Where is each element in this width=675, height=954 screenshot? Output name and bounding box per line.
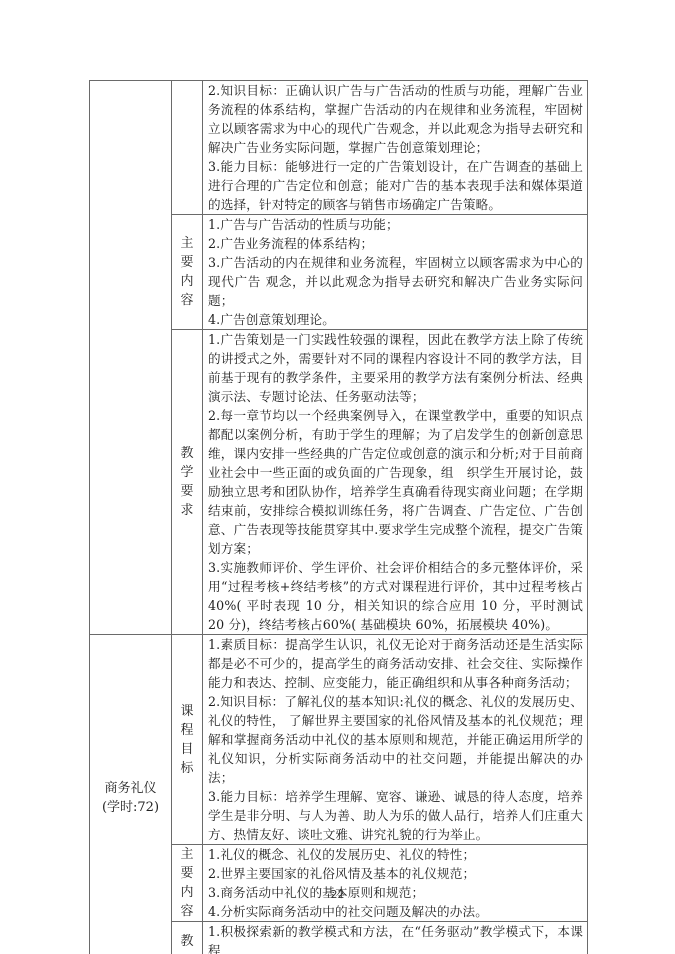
course-hours: (学时:72) (90, 798, 171, 817)
requirement-paragraph: 1.积极探索新的教学模式和方法，在“任务驱动”教学模式下，本课程 (208, 922, 583, 954)
course-name: 商务礼仪 (90, 779, 171, 798)
table-row: 商务礼仪 (学时:72) 课 程 目 标 1.素质目标：提高学生认识，礼仪无论对… (90, 635, 588, 845)
label-char: 求 (172, 501, 202, 520)
course-syllabus-table: 2.知识目标：正确认识广告与广告活动的性质与功能，理解广告业务流程的体系结构，掌… (89, 80, 588, 954)
label-char: 内 (172, 272, 202, 291)
section-label-teaching-requirements: 教 学 要 求 (172, 330, 203, 635)
label-char: 学 (172, 463, 202, 482)
content-item: 1.礼仪的概念、礼仪的发展历史、礼仪的特性； (208, 845, 583, 864)
content-item: 3.广告活动的内在规律和业务流程，牢固树立以顾客需求为中心的现代广告 观念，并以… (208, 253, 583, 310)
label-char: 教 (172, 932, 202, 951)
course-objectives-cell: 1.素质目标：提高学生认识，礼仪无论对于商务活动还是生活实际都是必不可少的，提高… (203, 635, 588, 845)
content-item: 1.广告与广告活动的性质与功能； (208, 215, 583, 234)
label-char: 标 (172, 759, 202, 778)
objective-paragraph: 3.能力目标：培养学生理解、宽容、谦逊、诚恳的待人态度，培养学生是非分明、与人为… (208, 787, 583, 844)
requirement-paragraph: 3.实施教师评价、学生评价、社会评价相结合的多元整体评价，采用“过程考核+终结考… (208, 558, 583, 634)
content-item: 4.广告创意策划理论。 (208, 310, 583, 329)
requirement-paragraph: 1.广告策划是一门实践性较强的课程，因此在教学方法上除了传统的讲授式之外，需要针… (208, 330, 583, 406)
content-item: 2.广告业务流程的体系结构； (208, 234, 583, 253)
main-content-cell: 1.广告与广告活动的性质与功能； 2.广告业务流程的体系结构； 3.广告活动的内… (203, 215, 588, 330)
label-char: 主 (172, 234, 202, 253)
section-label-main-content: 主 要 内 容 (172, 845, 203, 922)
label-char: 要 (172, 864, 202, 883)
teaching-requirements-cell: 1.积极探索新的教学模式和方法，在“任务驱动”教学模式下，本课程 (203, 922, 588, 954)
table-row: 2.知识目标：正确认识广告与广告活动的性质与功能，理解广告业务流程的体系结构，掌… (90, 81, 588, 215)
objective-paragraph: 2.知识目标：正确认识广告与广告活动的性质与功能，理解广告业务流程的体系结构，掌… (208, 81, 583, 157)
label-char: 目 (172, 740, 202, 759)
course-name-cell: 商务礼仪 (学时:72) (90, 635, 172, 954)
label-char: 教 (172, 444, 202, 463)
label-char: 课 (172, 702, 202, 721)
label-char: 容 (172, 902, 202, 921)
course-objectives-content-cell: 2.知识目标：正确认识广告与广告活动的性质与功能，理解广告业务流程的体系结构，掌… (203, 81, 588, 215)
section-label-cell-continued (172, 81, 203, 215)
page-number: 22 (0, 888, 675, 901)
label-char: 主 (172, 845, 202, 864)
objective-paragraph: 1.素质目标：提高学生认识，礼仪无论对于商务活动还是生活实际都是必不可少的，提高… (208, 635, 583, 692)
section-label-course-objectives: 课 程 目 标 (172, 635, 203, 845)
objective-paragraph: 2.知识目标：了解礼仪的基本知识:礼仪的概念、礼仪的发展历史、礼仪的特性， 了解… (208, 692, 583, 787)
course-name-cell-continued (90, 81, 172, 635)
section-label-main-content: 主 要 内 容 (172, 215, 203, 330)
requirement-paragraph: 2.每一章节均以一个经典案例导入，在课堂教学中，重要的知识点都配以案例分析，有助… (208, 406, 583, 558)
label-char: 要 (172, 253, 202, 272)
section-label-teaching: 教 (172, 922, 203, 954)
teaching-requirements-cell: 1.广告策划是一门实践性较强的课程，因此在教学方法上除了传统的讲授式之外，需要针… (203, 330, 588, 635)
content-item: 2.世界主要国家的礼俗风情及基本的礼仪规范； (208, 864, 583, 883)
objective-paragraph: 3.能力目标：能够进行一定的广告策划设计，在广告调查的基础上进行合理的广告定位和… (208, 157, 583, 214)
label-char: 容 (172, 291, 202, 310)
label-char: 要 (172, 482, 202, 501)
document-page: 2.知识目标：正确认识广告与广告活动的性质与功能，理解广告业务流程的体系结构，掌… (0, 0, 675, 954)
main-content-cell: 1.礼仪的概念、礼仪的发展历史、礼仪的特性； 2.世界主要国家的礼俗风情及基本的… (203, 845, 588, 922)
content-item: 4.分析实际商务活动中的社交问题及解决的办法。 (208, 902, 583, 921)
label-char: 程 (172, 721, 202, 740)
